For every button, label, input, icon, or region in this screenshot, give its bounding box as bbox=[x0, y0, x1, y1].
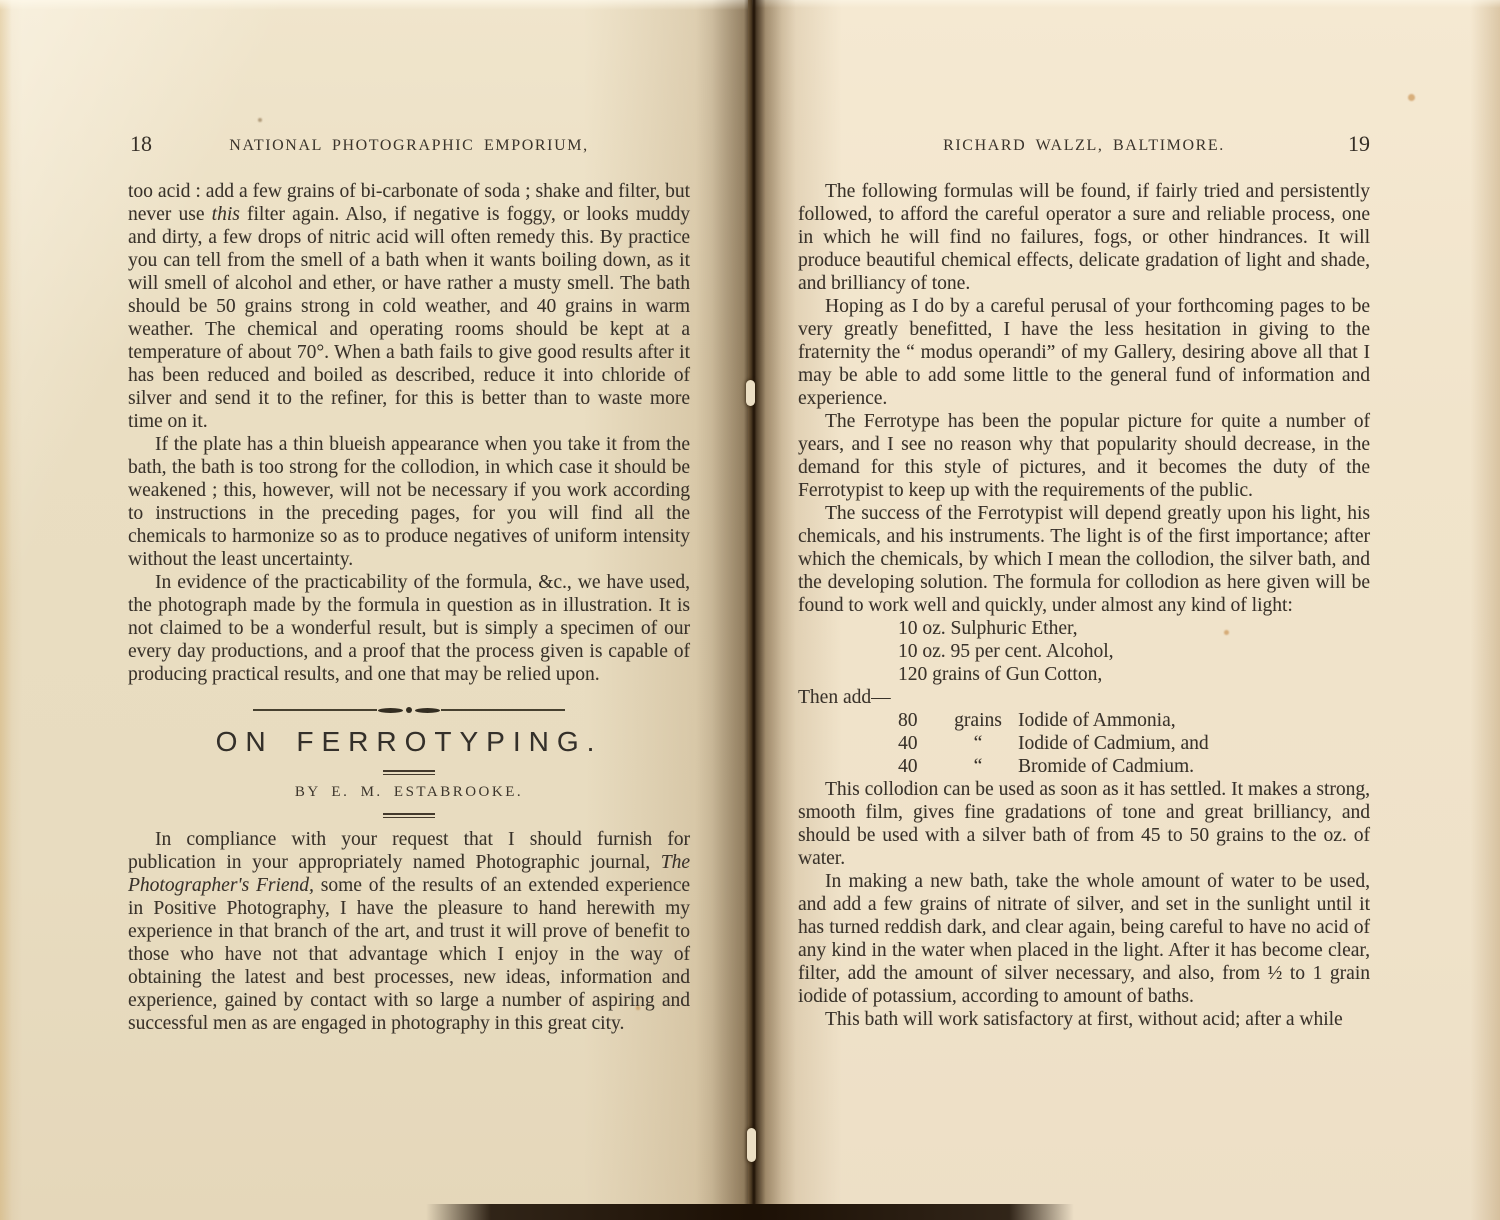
formula-line: 120 grains of Gun Cotton, bbox=[898, 663, 1370, 686]
formula-list-collodion: 10 oz. Sulphuric Ether, 10 oz. 95 per ce… bbox=[898, 617, 1370, 686]
section-divider-ornament bbox=[253, 707, 565, 713]
left-page: 18 NATIONAL PHOTOGRAPHIC EMPORIUM, too a… bbox=[0, 0, 748, 1220]
formula-line: 10 oz. Sulphuric Ether, bbox=[898, 617, 1370, 640]
book-bottom-edge-shadow bbox=[426, 1204, 1074, 1220]
open-book-photo: 18 NATIONAL PHOTOGRAPHIC EMPORIUM, too a… bbox=[0, 0, 1500, 1220]
byline: BY E. M. ESTABROOKE. bbox=[128, 784, 690, 801]
foxing-spot bbox=[258, 118, 262, 122]
paragraph: In making a new bath, take the whole amo… bbox=[798, 870, 1370, 1008]
ornament-dot bbox=[406, 707, 412, 713]
ornament-leaf bbox=[415, 708, 440, 713]
left-page-number: 18 bbox=[130, 131, 152, 157]
paragraph: This bath will work satisfactory at firs… bbox=[798, 1008, 1370, 1031]
paragraph: In evidence of the practicability of the… bbox=[128, 571, 690, 686]
ornament-line bbox=[441, 709, 565, 711]
paragraph: The Ferrotype has been the popular pictu… bbox=[798, 410, 1370, 502]
right-page-number: 19 bbox=[1348, 131, 1370, 157]
title-rule bbox=[383, 770, 435, 775]
paragraph: This collodion can be used as soon as it… bbox=[798, 778, 1370, 870]
binding-stitch bbox=[746, 380, 755, 406]
right-text-column: The following formulas will be found, if… bbox=[798, 180, 1370, 1031]
paragraph: Hoping as I do by a careful perusal of y… bbox=[798, 295, 1370, 410]
formula-line: 40“Bromide of Cadmium. bbox=[898, 755, 1370, 778]
left-running-header: NATIONAL PHOTOGRAPHIC EMPORIUM, bbox=[128, 134, 690, 155]
formula-chemical: Iodide of Ammonia, bbox=[1018, 710, 1176, 731]
paragraph-continuation: too acid : add a few grains of bi-carbon… bbox=[128, 180, 690, 433]
then-add-label: Then add— bbox=[798, 686, 1370, 709]
formula-chemical: Bromide of Cadmium. bbox=[1018, 756, 1194, 777]
paragraph: In compliance with your request that I s… bbox=[128, 828, 690, 1035]
paragraph: The following formulas will be found, if… bbox=[798, 180, 1370, 295]
formula-quantity: 80 bbox=[898, 709, 938, 732]
paragraph-text: filter again. Also, if negative is foggy… bbox=[128, 204, 690, 432]
ditto-mark: “ bbox=[938, 732, 1018, 755]
formula-unit: grains bbox=[938, 709, 1018, 732]
formula-quantity: 40 bbox=[898, 755, 938, 778]
formula-line: 40“Iodide of Cadmium, and bbox=[898, 732, 1370, 755]
italic-word: this bbox=[212, 204, 240, 225]
binding-stitch bbox=[747, 1128, 756, 1162]
paragraph: If the plate has a thin blueish appearan… bbox=[128, 433, 690, 571]
foxing-spot bbox=[636, 1006, 640, 1010]
formula-chemical: Iodide of Cadmium, and bbox=[1018, 733, 1209, 754]
ditto-mark: “ bbox=[938, 755, 1018, 778]
paragraph-text: In compliance with your request that I s… bbox=[128, 829, 690, 873]
right-page-header: RICHARD WALZL, BALTIMORE. 19 bbox=[798, 134, 1370, 164]
article-title: ON FERROTYPING. bbox=[128, 726, 690, 758]
right-page: RICHARD WALZL, BALTIMORE. 19 The followi… bbox=[752, 0, 1500, 1220]
byline-rule bbox=[383, 813, 435, 818]
right-running-header: RICHARD WALZL, BALTIMORE. bbox=[798, 134, 1370, 155]
foxing-spot bbox=[1408, 94, 1415, 101]
left-text-column: too acid : add a few grains of bi-carbon… bbox=[128, 180, 690, 1035]
formula-quantity: 40 bbox=[898, 732, 938, 755]
ornament-leaf bbox=[378, 708, 403, 713]
formula-list-additions: 80grainsIodide of Ammonia, 40“Iodide of … bbox=[898, 709, 1370, 778]
formula-line: 80grainsIodide of Ammonia, bbox=[898, 709, 1370, 732]
paragraph-text: some of the results of an extended exper… bbox=[128, 875, 690, 1034]
formula-line: 10 oz. 95 per cent. Alcohol, bbox=[898, 640, 1370, 663]
foxing-spot bbox=[1224, 630, 1229, 635]
ornament-line bbox=[253, 709, 377, 711]
left-page-header: 18 NATIONAL PHOTOGRAPHIC EMPORIUM, bbox=[128, 134, 690, 164]
paragraph: The success of the Ferrotypist will depe… bbox=[798, 502, 1370, 617]
